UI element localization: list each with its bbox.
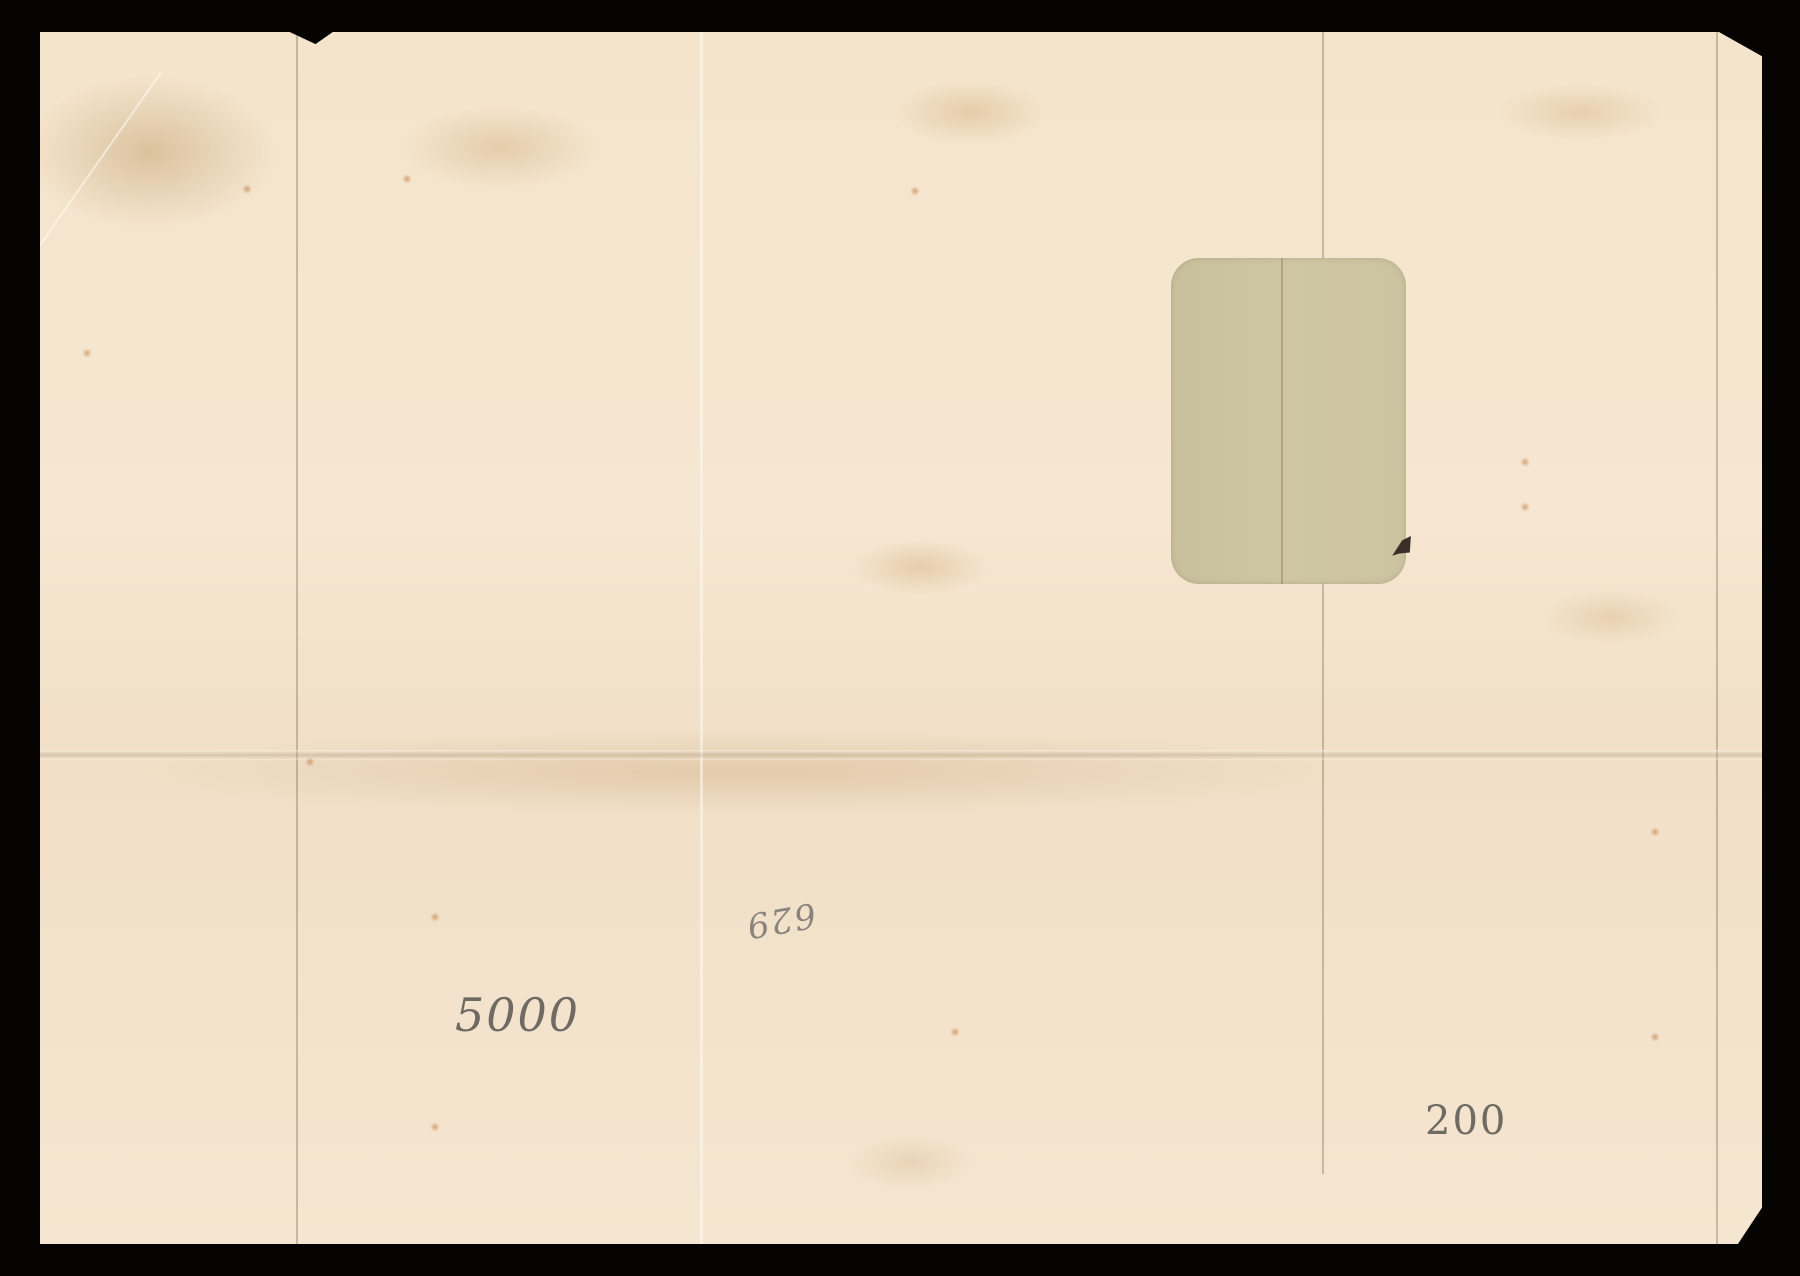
vertical-fold-left	[296, 32, 298, 1244]
removed-stamp-residue	[1171, 258, 1406, 584]
foxing-spot	[242, 184, 252, 194]
vertical-fold-right	[1322, 32, 1324, 1174]
postal-cover-back	[40, 32, 1762, 1244]
foxing-spot	[82, 348, 92, 358]
foxing-spot	[430, 1122, 440, 1132]
foxing-spot	[910, 186, 920, 196]
foxing-spot	[950, 1027, 960, 1037]
pencil-note-200: 200	[1425, 1098, 1507, 1144]
foxing-spot	[1520, 502, 1530, 512]
pencil-note-5000: 5000	[455, 988, 580, 1042]
foxing-spot	[1650, 827, 1660, 837]
foxing-spot	[305, 757, 315, 767]
foxing-spot	[430, 912, 440, 922]
vertical-fold-center	[700, 32, 703, 1244]
foxing-spot	[1520, 457, 1530, 467]
stamp-crease	[1281, 258, 1283, 584]
horizontal-fold	[40, 750, 1762, 760]
foxing-spot	[402, 174, 412, 184]
diagonal-crease	[34, 72, 162, 253]
vertical-fold-edge	[1716, 32, 1718, 1244]
foxing-spot	[1650, 1032, 1660, 1042]
